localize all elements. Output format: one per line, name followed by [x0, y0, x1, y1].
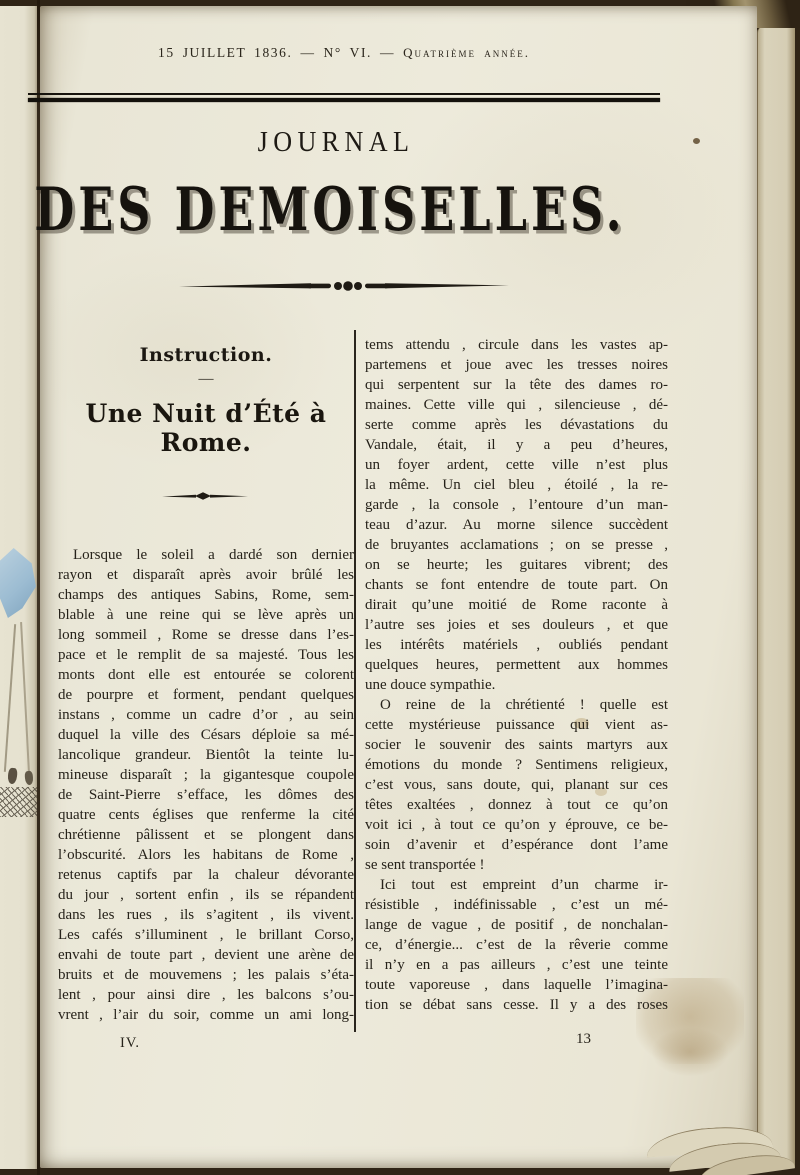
plate-shoe-fragment — [7, 768, 18, 785]
plate-skirt-line — [20, 622, 30, 772]
column-left: Instruction. — Une Nuit d’Été à Rome. Lo… — [44, 328, 354, 1052]
plate-skirt-line — [4, 624, 16, 772]
plate-shoe-fragment — [24, 771, 33, 786]
page-number: 13 — [576, 1031, 668, 1048]
article-ornament — [58, 489, 354, 501]
text-line: émotions du monde ? Sentimens religieux, — [365, 755, 668, 775]
header-rule — [28, 93, 660, 104]
text-line: de Saint-Pierre s’efface, les dômes des — [58, 785, 354, 805]
text-line: lange de vague , de positif , de nonchal… — [365, 915, 668, 935]
plate-blue-garment-fragment — [0, 548, 36, 618]
plate-ground-hatching — [0, 787, 40, 817]
article-title: Une Nuit d’Été à Rome. — [58, 399, 354, 457]
text-line: chrétienne pâlissent et se plongent dans — [58, 825, 354, 845]
text-line: duquel la ville des Césars déploie sa mé… — [58, 725, 354, 745]
text-line: partemens et joue avec les tresses noire… — [365, 355, 668, 375]
text-line: il n’y en a pas ailleurs , c’est une tei… — [365, 955, 668, 975]
text-line: de pourpre et forment, pendant quelques — [58, 685, 354, 705]
text-line: vrent , l’air du soir, comme un ami long… — [58, 1005, 354, 1025]
book-background: 15 JUILLET 1836. — N° VI. — Quatrième an… — [0, 0, 800, 1175]
text-line: O reine de la chrétienté ! quelle est — [365, 695, 668, 715]
text-line: les intérêts matériels , oubliés pendant — [365, 635, 668, 655]
column-right: tems attendu , circule dans les vastes a… — [356, 328, 676, 1052]
text-line: pace et le remplit de sa majesté. Tous l… — [58, 645, 354, 665]
text-line: maines. Cette ville qui , silencieuse , … — [365, 395, 668, 415]
text-line: blable à une reine qui se lève après un — [58, 605, 354, 625]
text-line: résistible , indéfinissable , c’est un m… — [365, 895, 668, 915]
text-line: Ici tout est empreint d’un charme ir- — [365, 875, 668, 895]
text-line: envahi de toute part , devient une arène… — [58, 945, 354, 965]
text-line: lent , pour ainsi dire , les balcons s’o… — [58, 985, 354, 1005]
text-line: teau d’azur. Au morne silence succèdent — [365, 515, 668, 535]
text-line: garde , la console , l’entoure d’un man- — [365, 495, 668, 515]
text-line: voit ici , à tout ce qu’on y éprouve, ce… — [365, 815, 668, 835]
text-line: qui serpentent sur la tête des dames ro- — [365, 375, 668, 395]
text-line: tems attendu , circule dans les vastes a… — [365, 335, 668, 355]
text-line: un foyer ardent, cette ville n’est plus — [365, 455, 668, 475]
text-line: Lorsque le soleil a dardé son dernier — [58, 545, 354, 565]
text-line: monts dont elle est entourée se colorent — [58, 665, 354, 685]
article-text-left: Lorsque le soleil a dardé son dernierray… — [58, 545, 354, 1025]
masthead: 15 JUILLET 1836. — N° VI. — Quatrième an… — [28, 45, 660, 293]
journal-title: JOURNAL — [52, 126, 621, 159]
text-line: ce, d’énergie... c’est de la rêverie com… — [365, 935, 668, 955]
text-line: soin d’avenir et d’espérance dont l’ame — [365, 835, 668, 855]
text-line: têtes exaltées , donnez à tout ce qu’on — [365, 795, 668, 815]
text-line: l’autre ses joies et ses douleurs , et q… — [365, 615, 668, 635]
text-line: mineuse disparaît ; la gigantesque coupo… — [58, 765, 354, 785]
text-line: rayon et disparaît après avoir brûlé les — [58, 565, 354, 585]
signature-mark: IV. — [120, 1035, 354, 1052]
text-line: dirait qu’une moitié de Rome raconte à — [365, 595, 668, 615]
underlying-page-edge — [757, 26, 795, 1168]
arrow-ornament-icon — [162, 490, 250, 502]
text-line: l’obscurité. Alors les habitans de Rome … — [58, 845, 354, 865]
text-line: cette mystérieuse puissance qui vient as… — [365, 715, 668, 735]
section-heading: Instruction. — [58, 344, 354, 366]
text-line: serte comme après les dévastations du — [365, 415, 668, 435]
text-line: socier le souvenir des saints martyrs au… — [365, 735, 668, 755]
page-content: 15 JUILLET 1836. — N° VI. — Quatrième an… — [44, 37, 676, 1052]
text-line: lancolique grandeur. Bientôt la teinte l… — [58, 745, 354, 765]
text-line: instans , comme un cadre d’or , au sein — [58, 705, 354, 725]
text-line: Les cafés s’illuminent , le brillant Cor… — [58, 925, 354, 945]
text-line: bruits et de mouvemens ; les palais s’ét… — [58, 965, 354, 985]
section-dash: — — [58, 371, 354, 388]
issue-date-line: 15 JUILLET 1836. — N° VI. — Quatrième an… — [28, 45, 660, 61]
text-line: se sent transportée ! — [365, 855, 668, 875]
text-line: quelques heures, permettent aux hommes — [365, 655, 668, 675]
article-columns: Instruction. — Une Nuit d’Été à Rome. Lo… — [44, 328, 676, 1052]
text-line: du jour , sortent enfin , ils se répande… — [58, 885, 354, 905]
divider-ornament-icon — [179, 279, 509, 293]
book-scan: { "masthead": { "date_line": "15 JUILLET… — [0, 0, 800, 1175]
text-line: une douce sympathie. — [365, 675, 668, 695]
ornament-divider — [28, 279, 660, 293]
text-line: quatre cents églises que renferme la cit… — [58, 805, 354, 825]
issue-date: 15 JUILLET 1836. — N° VI. — — [158, 45, 395, 60]
text-line: tion se débat sans cesse. Il y a des ros… — [365, 995, 668, 1015]
text-line: chants se font entendre de toute part. O… — [365, 575, 668, 595]
text-line: retenus captifs par la chaleur dévorante — [58, 865, 354, 885]
text-line: Vandale, était, il y a peu d’heures, — [365, 435, 668, 455]
article-text-right: tems attendu , circule dans les vastes a… — [365, 335, 668, 1015]
text-line: c’est vous, sans doute, qui, planant sur… — [365, 775, 668, 795]
issue-year-label: Quatrième année. — [403, 45, 530, 60]
text-line: long sommeil , Rome se dresse dans l’es- — [58, 625, 354, 645]
text-line: champs des antiques Sabins, Rome, sem- — [58, 585, 354, 605]
journal-subtitle: DES DEMOISELLES. — [14, 162, 646, 256]
text-line: dans les rues , ils s’agitent , ils vive… — [58, 905, 354, 925]
text-line: de bruyantes acclamations ; on se presse… — [365, 535, 668, 555]
text-line: toute vaporeuse , dans laquelle l’imagin… — [365, 975, 668, 995]
text-line: on se heurte; les guitares vibrent; des — [365, 555, 668, 575]
text-line: la même. Un ciel bleu , étoilé , la re- — [365, 475, 668, 495]
